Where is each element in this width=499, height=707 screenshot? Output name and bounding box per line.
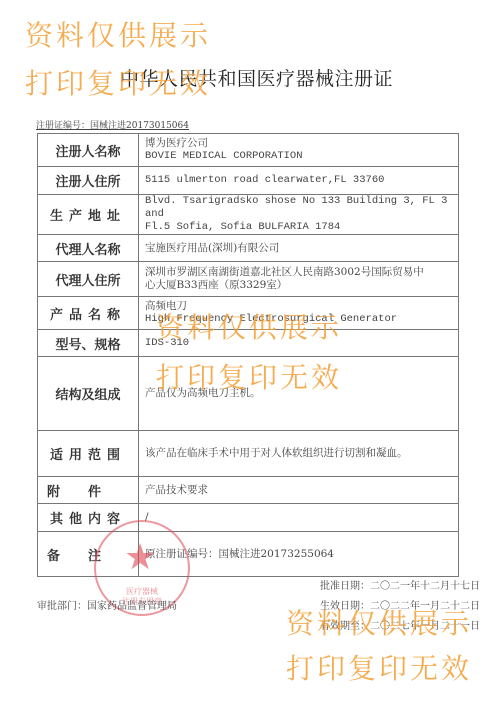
table-row-registrant-address: 注册人住所 5115 ulmerton road clearwater,FL 3… [38,167,459,195]
row-label: 注册人住所 [38,167,139,195]
approval-department: 审批部门：国家药品监督管理局 [37,597,177,612]
row-label: 附件 [38,477,139,504]
row-label: 注册人名称 [38,134,139,167]
row-value: / [139,504,459,532]
row-label: 代理人名称 [38,235,139,262]
watermark-line-2: 打印复印无效 [286,655,472,683]
watermark-line-1: 资料仅供展示 [156,314,342,342]
row-label: 结构及组成 [38,357,139,431]
watermark-line-2: 打印复印无效 [156,364,342,392]
watermark-line-1: 资料仅供展示 [286,610,472,638]
table-row-other: 其他内容 / [38,504,459,532]
row-label: 代理人住所 [38,262,139,297]
row-value: 5115 ulmerton road clearwater,FL 33760 [139,167,459,195]
registration-number: 注册证编号：国械注进20173015064 [36,118,189,131]
row-label: 适用范围 [38,431,139,477]
production-address-line-2: Fl.5 Sofia, Sofia BULFARIA 1784 [145,221,458,234]
watermark-line-1: 资料仅供展示 [25,22,211,50]
table-row-production-address: 生产地址 Blvd. Tsarigradsko shose No 133 Bui… [38,195,459,235]
table-row-agent-name: 代理人名称 宝施医疗用品(深圳)有限公司 [38,235,459,262]
certificate-table: 注册人名称 博为医疗公司 BOVIE MEDICAL CORPORATION 注… [37,133,459,577]
row-label: 产品名称 [38,297,139,330]
star-icon: ★ [124,540,156,576]
row-value: 宝施医疗用品(深圳)有限公司 [139,235,459,262]
row-label: 生产地址 [38,195,139,235]
production-address-line-1: Blvd. Tsarigradsko shose No 133 Building… [145,195,458,221]
watermark-line-2: 打印复印无效 [25,70,211,98]
row-value: 产品技术要求 [139,477,459,504]
table-row-agent-address: 代理人住所 深圳市罗湖区南湖街道嘉北社区人民南路3002号国际贸易中 心大厦B3… [38,262,459,297]
registrant-name-cn: 博为医疗公司 [145,137,458,150]
approval-date: 批准日期：二〇二一年十二月十七日 [320,577,480,592]
row-value: Blvd. Tsarigradsko shose No 133 Building… [139,195,459,235]
row-value: 深圳市罗湖区南湖街道嘉北社区人民南路3002号国际贸易中 心大厦B33西座（原3… [139,262,459,297]
table-row-attachment: 附件 产品技术要求 [38,477,459,504]
agent-address-line-1: 深圳市罗湖区南湖街道嘉北社区人民南路3002号国际贸易中 [145,266,458,279]
table-row-registrant-name: 注册人名称 博为医疗公司 BOVIE MEDICAL CORPORATION [38,134,459,167]
registrant-name-en: BOVIE MEDICAL CORPORATION [145,150,458,163]
row-value: 博为医疗公司 BOVIE MEDICAL CORPORATION [139,134,459,167]
table-row-scope: 适用范围 该产品在临床手术中用于对人体软组织进行切割和凝血。 [38,431,459,477]
agent-address-line-2: 心大厦B33西座（原3329室） [145,279,458,292]
row-value: 该产品在临床手术中用于对人体软组织进行切割和凝血。 [139,431,459,477]
row-label: 型号、规格 [38,330,139,357]
